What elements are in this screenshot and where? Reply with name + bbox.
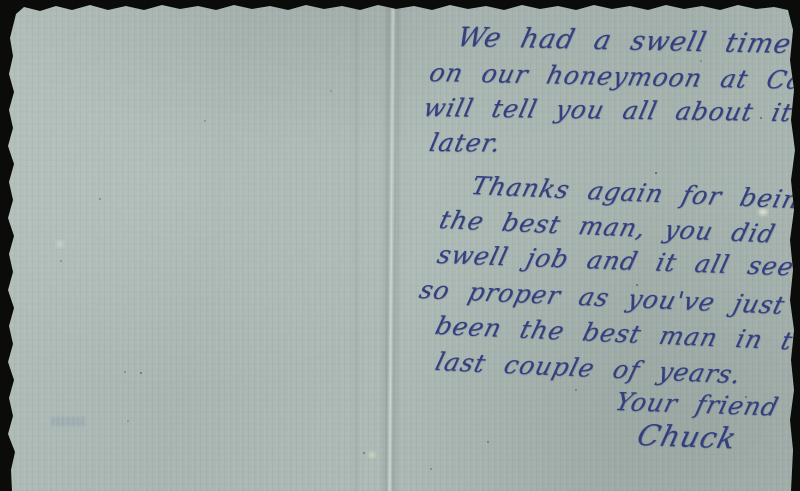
handwriting-line-1: We had a swell time [454, 22, 794, 60]
center-fold-crease [380, 5, 403, 491]
secondary-crease [352, 0, 360, 491]
handwriting-line-10: last couple of years. [432, 347, 745, 389]
signature: Chuck [634, 418, 741, 455]
paper-specks [0, 0, 2, 2]
handwriting-line-2: on our honeymoon at Catalina, [427, 58, 800, 96]
letter-paper: We had a swell time on our honeymoon at … [0, 0, 800, 491]
handwriting-line-4: later. [427, 128, 504, 158]
handwriting-line-3: will tell you all about it [421, 93, 796, 127]
closing-line: Your friend [612, 387, 782, 421]
scanned-letter: We had a swell time on our honeymoon at … [0, 0, 800, 491]
faint-pencil-mark [52, 417, 86, 426]
